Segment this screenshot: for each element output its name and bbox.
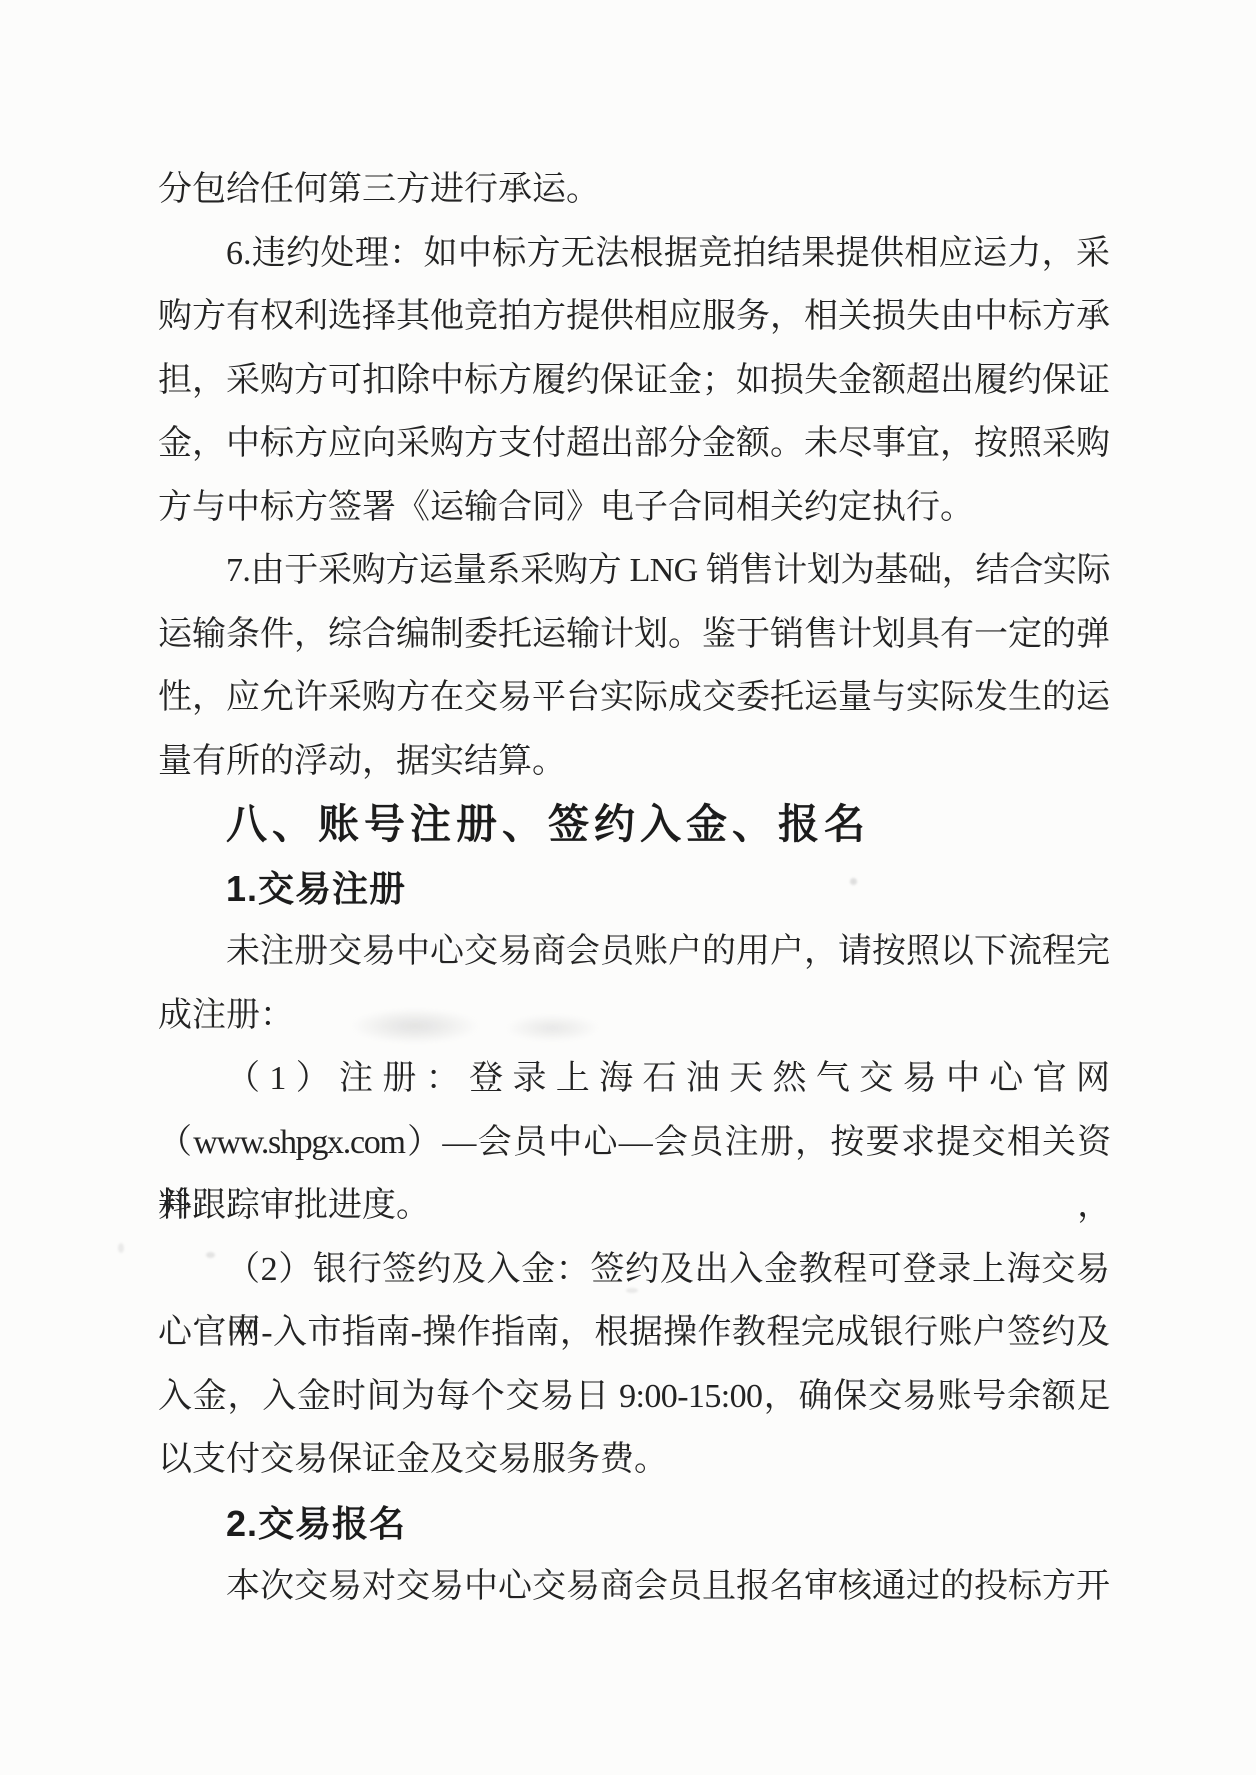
paragraph-line: 运输条件，综合编制委托运输计划。鉴于销售计划具有一定的弹: [158, 603, 1110, 667]
paragraph-line: 未注册交易中心交易商会员账户的用户，请按照以下流程完: [158, 920, 1110, 984]
subsection-2-heading: 2.交易报名: [158, 1492, 1110, 1556]
paragraph-line: 方与中标方签署《运输合同》电子合同相关约定执行。: [158, 476, 1110, 540]
deposit-time-line: 入金，入金时间为每个交易日 9:00-15:00，确保交易账号余额足: [158, 1365, 1110, 1429]
paragraph-line: 担，采购方可扣除中标方履约保证金；如损失金额超出履约保证: [158, 349, 1110, 413]
subsection-1-heading: 1.交易注册: [158, 857, 1110, 921]
registration-step-1-line: （1）注册：登录上海石油天然气交易中心官网: [158, 1047, 1110, 1111]
document-text-block: 分包给任何第三方进行承运。 6.违约处理：如中标方无法根据竞拍结果提供相应运力，…: [158, 158, 1110, 1619]
paragraph-line: 性，应允许采购方在交易平台实际成交委托运量与实际发生的运: [158, 666, 1110, 730]
clause-7-line: 7.由于采购方运量系采购方 LNG 销售计划为基础，结合实际: [158, 539, 1110, 603]
clause-6-line: 6.违约处理：如中标方无法根据竞拍结果提供相应运力，采: [158, 222, 1110, 286]
document-page: 分包给任何第三方进行承运。 6.违约处理：如中标方无法根据竞拍结果提供相应运力，…: [0, 0, 1256, 1775]
paragraph-line: 金，中标方应向采购方支付超出部分金额。未尽事宜，按照采购: [158, 412, 1110, 476]
paragraph-line: 本次交易对交易中心交易商会员且报名审核通过的投标方开: [158, 1555, 1110, 1619]
paragraph-line: 量有所的浮动，据实结算。: [158, 730, 1110, 794]
paragraph-line: 购方有权利选择其他竞拍方提供相应服务，相关损失由中标方承: [158, 285, 1110, 349]
paragraph-line: 成注册：: [158, 984, 1110, 1048]
registration-step-2-line: （2）银行签约及入金：签约及出入金教程可登录上海交易中: [158, 1238, 1110, 1302]
section-8-heading: 八、账号注册、签约入金、报名: [158, 793, 1110, 857]
paragraph-line: 分包给任何第三方进行承运。: [158, 158, 1110, 222]
paragraph-line: 以支付交易保证金及交易服务费。: [158, 1428, 1110, 1492]
website-url-line: （www.shpgx.com）—会员中心—会员注册，按要求提交相关资料，: [158, 1111, 1110, 1175]
scan-speck: [118, 1243, 124, 1253]
paragraph-line: 心官网-入市指南-操作指南，根据操作教程完成银行账户签约及: [158, 1301, 1110, 1365]
